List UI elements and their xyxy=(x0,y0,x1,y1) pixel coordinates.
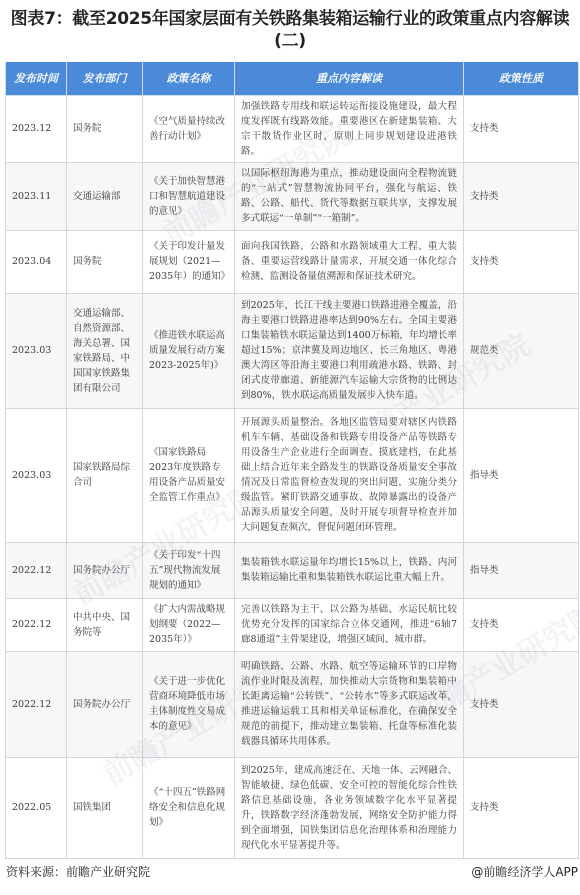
header-policy-name: 政策名称 xyxy=(143,62,235,95)
cell-department: 中共中央、国务院等 xyxy=(67,598,143,651)
cell-nature: 支持类 xyxy=(464,651,579,757)
header-content: 重点内容解读 xyxy=(235,62,464,95)
table-header-row: 发布时间 发布部门 政策名称 重点内容解读 政策性质 xyxy=(6,62,579,95)
cell-nature: 支持类 xyxy=(464,230,579,293)
table-row: 2022.05 国铁集团 《“十四五”铁路网络安全和信息化规划》 到2025年，… xyxy=(6,757,579,858)
cell-department: 国家铁路局综合司 xyxy=(67,408,143,542)
cell-policy: 《关于进一步优化营商环境降低市场主体制度性交易成本的意见》 xyxy=(143,651,235,757)
cell-date: 2022.12 xyxy=(6,651,67,757)
table-row: 2022.12 国务院办公厅 《关于进一步优化营商环境降低市场主体制度性交易成本… xyxy=(6,651,579,757)
cell-department: 国务院办公厅 xyxy=(67,651,143,757)
cell-content: 集装箱铁水联运量年均增长15%以上，铁路、内河集装箱运输比重和集装箱铁水联运比重… xyxy=(235,542,464,598)
cell-department: 国务院 xyxy=(67,230,143,293)
cell-policy: 《扩大内需战略规划纲要（2022—2035年）》 xyxy=(143,598,235,651)
cell-date: 2022.05 xyxy=(6,757,67,858)
credit-note: @前瞻经济学人APP xyxy=(471,863,578,880)
source-note: 资料来源：前瞻产业研究院 xyxy=(6,863,150,880)
cell-policy: 《空气质量持续改善行动计划》 xyxy=(143,95,235,162)
table-row: 2023.12 国务院 《空气质量持续改善行动计划》 加强铁路专用线和联运转运衔… xyxy=(6,95,579,162)
cell-content: 以国际枢纽海港为重点，推动建设面向全程物流链的“一站式”智慧物流协同平台，强化与… xyxy=(235,162,464,230)
cell-department: 交通运输部 xyxy=(67,162,143,230)
cell-nature: 支持类 xyxy=(464,162,579,230)
cell-date: 2022.12 xyxy=(6,542,67,598)
cell-nature: 规范类 xyxy=(464,293,579,408)
cell-date: 2023.03 xyxy=(6,293,67,408)
title-line-1: 图表7：截至2025年国家层面有关铁路集装箱运输行业的政策重点内容解读 xyxy=(11,9,570,29)
cell-content: 完善以铁路为主干、以公路为基础、水运民航比较优势充分发挥的国家综合立体交通网，推… xyxy=(235,598,464,651)
table-row: 2023.03 国家铁路局综合司 《国家铁路局2023年度铁路专用设备产品质量安… xyxy=(6,408,579,542)
cell-department: 国务院 xyxy=(67,95,143,162)
cell-nature: 指导类 xyxy=(464,542,579,598)
cell-date: 2023.03 xyxy=(6,408,67,542)
cell-policy: 《关于加快智慧港口和智慧航道建设的意见》 xyxy=(143,162,235,230)
header-department: 发布部门 xyxy=(67,62,143,95)
policy-table: 发布时间 发布部门 政策名称 重点内容解读 政策性质 2023.12 国务院 《… xyxy=(5,62,579,859)
cell-policy: 《关于印发计量发展规划（2021—2035年）的通知》 xyxy=(143,230,235,293)
cell-date: 2023.11 xyxy=(6,162,67,230)
cell-nature: 支持类 xyxy=(464,95,579,162)
cell-nature: 指导类 xyxy=(464,408,579,542)
table-row: 2023.03 交通运输部、自然资源部、海关总署、国家铁路局、中国国家铁路集团有… xyxy=(6,293,579,408)
cell-content: 加强铁路专用线和联运转运衔接设施建设，最大程度发挥既有线路效能。重要港区在新建集… xyxy=(235,95,464,162)
cell-nature: 支持类 xyxy=(464,598,579,651)
cell-content: 到2025年，长江干线主要港口铁路进港全覆盖，沿海主要港口铁路进港率达到90%左… xyxy=(235,293,464,408)
cell-content: 到2025年，建成高速泛在、天地一体、云网融合、智能敏捷、绿色低碳、安全可控的智… xyxy=(235,757,464,858)
header-nature: 政策性质 xyxy=(464,62,579,95)
header-date: 发布时间 xyxy=(6,62,67,95)
table-row: 2023.11 交通运输部 《关于加快智慧港口和智慧航道建设的意见》 以国际枢纽… xyxy=(6,162,579,230)
chart-title: 图表7：截至2025年国家层面有关铁路集装箱运输行业的政策重点内容解读 (二) xyxy=(0,8,580,52)
cell-nature: 支持类 xyxy=(464,757,579,858)
cell-content: 面向我国铁路、公路和水路领域重大工程、重大装备、重要运营线路计量需求，开展交通一… xyxy=(235,230,464,293)
table-row: 2022.12 国务院办公厅 《关于印发“十四五”现代物流发展规划的通知》 集装… xyxy=(6,542,579,598)
cell-department: 交通运输部、自然资源部、海关总署、国家铁路局、中国国家铁路集团有限公司 xyxy=(67,293,143,408)
cell-policy: 《国家铁路局2023年度铁路专用设备产品质量安全监管工作重点》 xyxy=(143,408,235,542)
cell-department: 国务院办公厅 xyxy=(67,542,143,598)
cell-date: 2023.12 xyxy=(6,95,67,162)
cell-content: 明确铁路、公路、水路、航空等运输环节的口岸物流作业时限及流程，加快推动大宗货物和… xyxy=(235,651,464,757)
cell-content: 开展源头质量整治。各地区监管局要对辖区内铁路机车车辆、基础设备和铁路专用设备产品… xyxy=(235,408,464,542)
cell-date: 2023.04 xyxy=(6,230,67,293)
cell-date: 2022.12 xyxy=(6,598,67,651)
cell-policy: 《推进铁水联运高质量发展行动方案2023-2025年)》 xyxy=(143,293,235,408)
cell-policy: 《关于印发“十四五”现代物流发展规划的通知》 xyxy=(143,542,235,598)
cell-department: 国铁集团 xyxy=(67,757,143,858)
cell-policy: 《“十四五”铁路网络安全和信息化规划》 xyxy=(143,757,235,858)
title-line-2: (二) xyxy=(0,30,580,52)
table-row: 2023.04 国务院 《关于印发计量发展规划（2021—2035年）的通知》 … xyxy=(6,230,579,293)
table-row: 2022.12 中共中央、国务院等 《扩大内需战略规划纲要（2022—2035年… xyxy=(6,598,579,651)
